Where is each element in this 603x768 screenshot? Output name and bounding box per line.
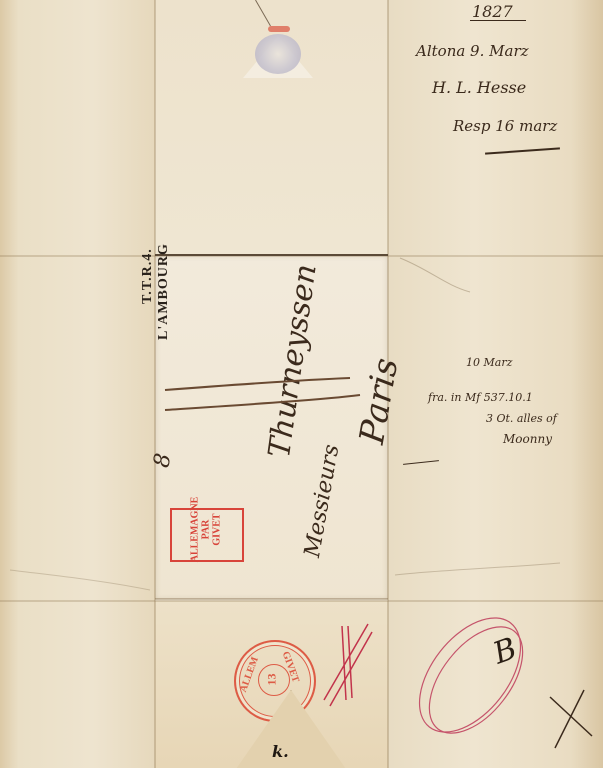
flourish-line-upper — [165, 378, 350, 390]
red-hatch-mark — [324, 624, 372, 706]
oval-mark — [399, 600, 541, 751]
oval-letter: B — [488, 631, 522, 672]
letter-sheet: 1827 Altona 9. Marz H. L. Hesse Resp 16 … — [0, 0, 603, 768]
flourish-line-lower — [165, 395, 360, 410]
cross-mark — [550, 690, 592, 748]
ink-markings-layer: B — [0, 0, 603, 768]
